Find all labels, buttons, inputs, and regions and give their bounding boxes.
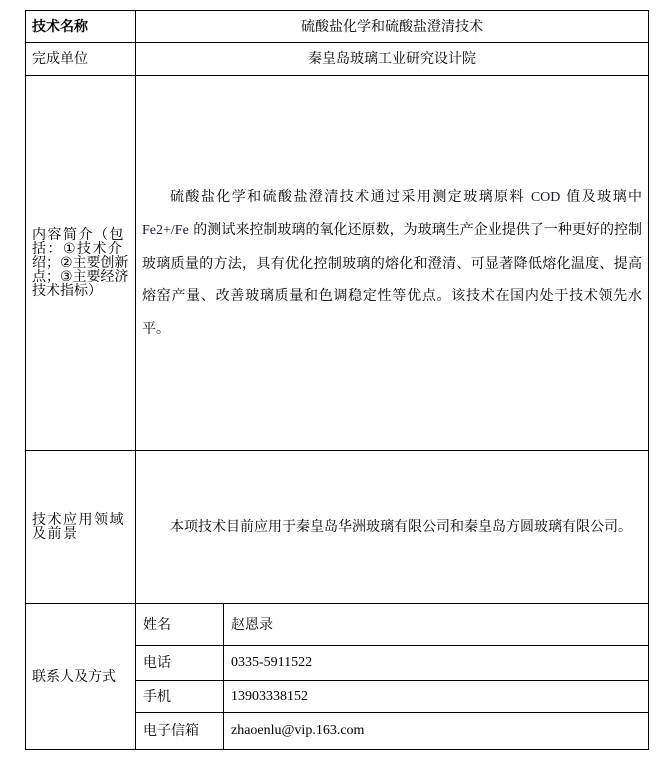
application-label: 技术应用领域 及前景 bbox=[26, 451, 136, 604]
contact-name-value: 赵恩录 bbox=[224, 604, 649, 646]
unit-value: 秦皇岛玻璃工业研究设计院 bbox=[136, 43, 649, 76]
contact-phone-value: 0335-5911522 bbox=[224, 646, 649, 681]
application-text: 本项技术目前应用于秦皇岛华洲玻璃有限公司和秦皇岛方圆玻璃有限公司。 bbox=[142, 520, 642, 534]
summary-label-line: 括：①技术介 bbox=[32, 242, 135, 256]
contact-label: 联系人及方式 bbox=[26, 604, 136, 750]
unit-label: 完成单位 bbox=[26, 43, 136, 76]
summary-label: 内容简介（包 括：①技术介 绍；②主要创新 点；③主要经济 技术指标） bbox=[26, 76, 136, 451]
row-tech-name: 技术名称 硫酸盐化学和硫酸盐澄清技术 bbox=[26, 11, 649, 43]
application-label-line: 技术应用领域 bbox=[32, 513, 135, 527]
row-application: 技术应用领域 及前景 本项技术目前应用于秦皇岛华洲玻璃有限公司和秦皇岛方圆玻璃有… bbox=[26, 451, 649, 604]
contact-email-label: 电子信箱 bbox=[136, 713, 224, 750]
summary-paragraph: 硫酸盐化学和硫酸盐澄清技术通过采用测定玻璃原料 COD 值及玻璃中 Fe2+/F… bbox=[142, 181, 642, 346]
contact-mobile-label: 手机 bbox=[136, 681, 224, 713]
contact-phone-label: 电话 bbox=[136, 646, 224, 681]
summary-text-1: 硫酸盐化学和硫酸盐澄清技术通过采用测定玻璃原料 bbox=[170, 189, 531, 205]
contact-name-label: 姓名 bbox=[136, 604, 224, 646]
summary-label-line: 点；③主要经济 bbox=[32, 270, 135, 284]
tech-info-table: 技术名称 硫酸盐化学和硫酸盐澄清技术 完成单位 秦皇岛玻璃工业研究设计院 内容简… bbox=[25, 10, 649, 750]
summary-label-line: 技术指标） bbox=[32, 284, 135, 298]
row-contact-name: 联系人及方式 姓名 赵恩录 bbox=[26, 604, 649, 646]
summary-label-line: 绍；②主要创新 bbox=[32, 256, 135, 270]
summary-fe: Fe2+/Fe bbox=[142, 223, 189, 238]
summary-label-line: 内容简介（包 bbox=[32, 228, 135, 242]
row-summary: 内容简介（包 括：①技术介 绍；②主要创新 点；③主要经济 技术指标） 硫酸盐化… bbox=[26, 76, 649, 451]
summary-text-2: 值及玻璃中 bbox=[560, 189, 642, 205]
tech-name-label: 技术名称 bbox=[26, 11, 136, 43]
summary-text-3: 的测试来控制玻璃的氧化还原数，为玻璃生产企业提供了一种更好的控制玻璃质量的方法，… bbox=[142, 222, 642, 337]
row-unit: 完成单位 秦皇岛玻璃工业研究设计院 bbox=[26, 43, 649, 76]
summary-value: 硫酸盐化学和硫酸盐澄清技术通过采用测定玻璃原料 COD 值及玻璃中 Fe2+/F… bbox=[136, 76, 649, 451]
summary-cod: COD bbox=[531, 190, 561, 205]
tech-name-value: 硫酸盐化学和硫酸盐澄清技术 bbox=[136, 11, 649, 43]
contact-email-value: zhaoenlu@vip.163.com bbox=[224, 713, 649, 750]
contact-mobile-value: 13903338152 bbox=[224, 681, 649, 713]
application-label-line: 及前景 bbox=[32, 527, 135, 541]
application-value: 本项技术目前应用于秦皇岛华洲玻璃有限公司和秦皇岛方圆玻璃有限公司。 bbox=[136, 451, 649, 604]
